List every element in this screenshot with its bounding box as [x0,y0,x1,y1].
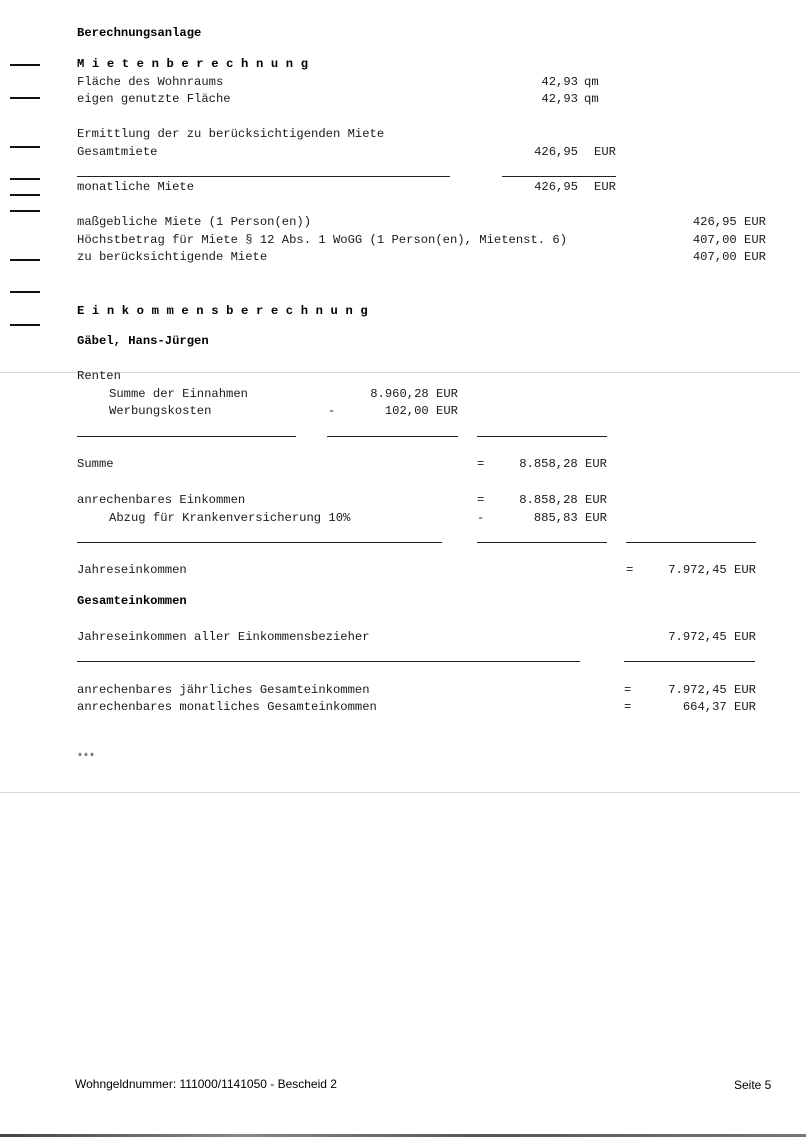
divider [477,542,607,543]
section-heading-total: Gesamteinkommen [77,594,187,608]
divider [77,661,580,662]
area-unit: qm [584,75,599,89]
end-marker: *** [77,752,95,766]
monthly-total-value: 664,37 EUR [640,700,756,714]
divider [77,176,450,177]
annual-total-label: anrechenbares jährliches Gesamteinkommen [77,683,370,697]
own-area-value: 42,93 [480,92,578,106]
relevant-rent-value: 426,95 EUR [620,215,766,229]
document-title: Berechnungsanlage [77,26,201,40]
annual-income-label: Jahreseinkommen [77,563,187,577]
margin-mark [10,64,40,66]
countable-income-value: 8.858,28 EUR [490,493,607,507]
sum-label: Summe [77,457,114,471]
sum-value: 8.858,28 EUR [490,457,607,471]
divider [77,436,296,437]
annual-total-value: 7.972,45 EUR [640,683,756,697]
margin-mark [10,259,40,261]
relevant-rent-label: maßgebliche Miete (1 Person(en)) [77,215,311,229]
all-earners-value: 7.972,45 EUR [640,630,756,644]
considered-rent-label: zu berücksichtigende Miete [77,250,267,264]
margin-mark [10,210,40,212]
total-rent-unit: EUR [594,145,616,159]
max-rent-label: Höchstbetrag für Miete § 12 Abs. 1 WoGG … [77,233,567,247]
insurance-deduction-label: Abzug für Krankenversicherung 10% [109,511,350,525]
expenses-value: 102,00 EUR [330,404,458,418]
divider [624,661,755,662]
margin-mark [10,146,40,148]
all-earners-label: Jahreseinkommen aller Einkommensbezieher [77,630,370,644]
person-name: Gäbel, Hans-Jürgen [77,334,209,348]
footer-page-number: Seite 5 [734,1078,771,1092]
document-page: Berechnungsanlage Mietenberechnung Fläch… [0,0,806,1139]
divider [327,436,458,437]
margin-mark [10,97,40,99]
divider [477,436,607,437]
own-area-label: eigen genutzte Fläche [77,92,231,106]
monthly-rent-unit: EUR [594,180,616,194]
margin-mark [10,324,40,326]
countable-income-label: anrechenbares Einkommen [77,493,245,507]
total-rent-value: 426,95 [480,145,578,159]
insurance-deduction-value: 885,83 EUR [490,511,607,525]
divider [77,542,442,543]
own-area-unit: qm [584,92,599,106]
revenue-label: Summe der Einnahmen [109,387,248,401]
margin-mark [10,194,40,196]
footer-reference: Wohngeldnummer: 111000/1141050 - Beschei… [75,1077,337,1091]
sum-sign: = [477,457,484,471]
annual-total-sign: = [624,683,631,697]
monthly-rent-label: monatliche Miete [77,180,194,194]
monthly-total-label: anrechenbares monatliches Gesamteinkomme… [77,700,377,714]
income-category: Renten [77,369,121,383]
annual-income-sign: = [626,563,633,577]
considered-rent-value: 407,00 EUR [620,250,766,264]
countable-income-sign: = [477,493,484,507]
area-value: 42,93 [480,75,578,89]
rent-determination-label: Ermittlung der zu berücksichtigenden Mie… [77,127,384,141]
revenue-value: 8.960,28 EUR [330,387,458,401]
margin-mark [10,178,40,180]
scan-artifact [0,792,800,793]
annual-income-value: 7.972,45 EUR [640,563,756,577]
section-heading-rent: Mietenberechnung [77,57,316,71]
expenses-label: Werbungskosten [109,404,211,418]
insurance-deduction-sign: - [477,511,484,525]
scan-edge [0,1134,806,1137]
monthly-rent-value: 426,95 [480,180,578,194]
section-heading-income: Einkommensberechnung [77,304,375,318]
divider [502,176,616,177]
monthly-total-sign: = [624,700,631,714]
divider [626,542,756,543]
margin-mark [10,291,40,293]
area-label: Fläche des Wohnraums [77,75,223,89]
max-rent-value: 407,00 EUR [620,233,766,247]
total-rent-label: Gesamtmiete [77,145,157,159]
